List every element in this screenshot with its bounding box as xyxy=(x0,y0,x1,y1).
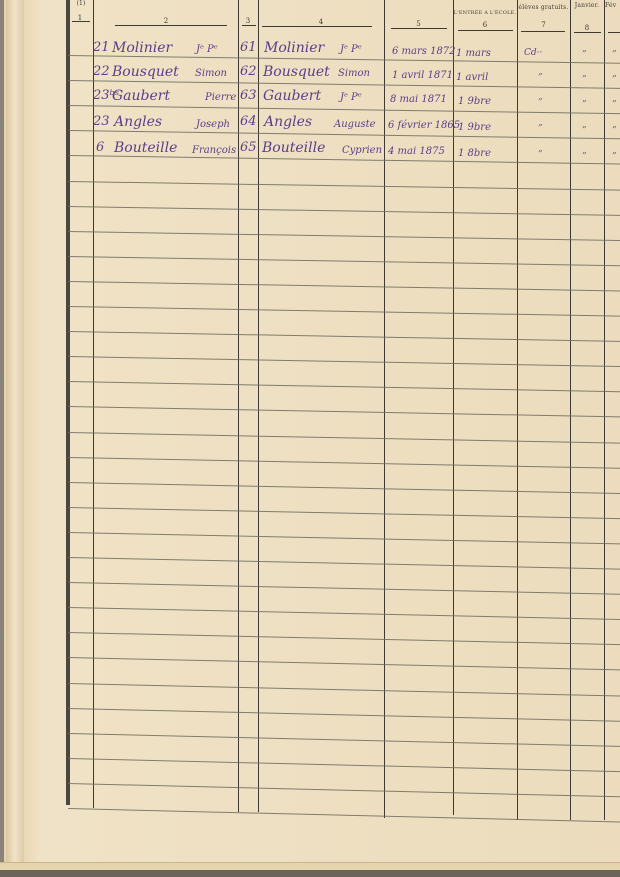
column-number-rule xyxy=(242,25,256,26)
fevrier-mark: ” xyxy=(612,75,617,85)
birth-date: 4 mai 1875 xyxy=(388,146,445,157)
column-number-3: 3 xyxy=(238,17,258,25)
entry-date: 1 9bre xyxy=(458,96,491,107)
ruled-line xyxy=(68,632,620,645)
birth-date: 8 mai 1871 xyxy=(390,94,447,105)
column-number-rule xyxy=(521,31,565,32)
parent-number: 64 xyxy=(240,114,257,129)
pupil-firstname: Simon xyxy=(195,68,227,79)
ruled-line xyxy=(68,607,620,620)
parent-firstname: Jᵉ Pᵉ xyxy=(340,92,362,103)
janvier-mark: ” xyxy=(582,152,587,162)
page-fold xyxy=(6,0,24,877)
ruled-line xyxy=(68,808,620,823)
parent-number: 63 xyxy=(240,88,257,103)
parent-firstname: Simon xyxy=(338,68,370,79)
column-number-2: 2 xyxy=(94,17,238,25)
col9-header-label: Fév xyxy=(605,2,620,9)
entry-date: 1 mars xyxy=(456,48,491,59)
ruled-line xyxy=(68,181,620,191)
parent-firstname: Cyprien xyxy=(342,145,382,156)
pupil-firstname: Joseph xyxy=(196,119,230,130)
janvier-mark: ” xyxy=(582,126,587,136)
ruled-line xyxy=(68,783,620,797)
gratuit-mark: Cd·· xyxy=(524,48,542,58)
janvier-mark: ” xyxy=(582,100,587,110)
pupil-firstname: François xyxy=(192,145,236,156)
janvier-mark: ” xyxy=(582,50,587,60)
col1-top-label: (1) xyxy=(70,0,92,7)
ruled-line xyxy=(68,733,620,747)
gratuit-mark: ” xyxy=(538,124,543,134)
ruled-line xyxy=(68,381,620,392)
pupil-surname: Bouteille xyxy=(114,140,177,156)
column-number-5: 5 xyxy=(384,20,453,28)
ruled-line xyxy=(68,582,620,595)
column-number-rule xyxy=(115,25,227,26)
ruled-line xyxy=(68,457,620,469)
ruled-line xyxy=(68,557,620,570)
gratuit-mark: ” xyxy=(538,150,543,160)
ruled-line xyxy=(68,532,620,545)
fevrier-mark: ” xyxy=(612,100,617,110)
column-rule-7 xyxy=(570,0,571,820)
column-number-rule xyxy=(574,32,601,33)
fevrier-mark: ” xyxy=(612,50,617,60)
page-edge-shadow xyxy=(0,0,4,877)
janvier-mark: ” xyxy=(582,75,587,85)
ruled-line xyxy=(68,507,620,519)
column-number-rule xyxy=(608,32,620,33)
column-rule-8 xyxy=(604,0,605,820)
birth-date: 6 mars 1872 xyxy=(392,46,456,57)
entry-date: 1 8bre xyxy=(458,148,491,159)
pupil-surname: Molinier xyxy=(112,40,172,56)
pupil-surname: Gaubert xyxy=(112,88,170,104)
ruled-line xyxy=(68,758,620,772)
parent-number: 62 xyxy=(240,64,257,79)
bottom-shadow xyxy=(0,870,620,877)
parent-surname: Angles xyxy=(264,114,312,130)
column-number-7: 7 xyxy=(517,21,570,29)
ruled-line xyxy=(68,482,620,494)
entry-date: 1 9bre xyxy=(458,122,491,133)
col7-header-label: élèves gratuits. xyxy=(517,4,570,11)
ruled-line xyxy=(68,306,620,317)
register-page: (1) L'ENTRÉE A L'ÉCOLE. élèves gratuits.… xyxy=(0,0,620,877)
entry-number: 23 xyxy=(93,114,110,129)
ruled-line xyxy=(68,281,620,292)
pupil-surname: Bousquet xyxy=(112,64,179,80)
ruled-line xyxy=(68,432,620,444)
ruled-line xyxy=(68,206,620,216)
parent-firstname: Auguste xyxy=(334,119,376,130)
pupil-firstname: Jᵉ Pᵉ xyxy=(196,44,218,55)
column-number-rule xyxy=(72,21,90,22)
ruled-line xyxy=(68,406,620,418)
ruled-line xyxy=(68,708,620,722)
col8-header-label: Janvier. xyxy=(570,2,604,9)
entry-number: 6 xyxy=(96,140,104,155)
column-rule-3 xyxy=(258,0,259,812)
parent-number: 61 xyxy=(240,40,257,55)
parent-surname: Molinier xyxy=(264,40,324,56)
parent-surname: Bousquet xyxy=(263,64,330,80)
pupil-firstname: Pierre xyxy=(205,92,236,103)
gratuit-mark: ” xyxy=(538,98,543,108)
column-number-rule xyxy=(262,26,372,27)
column-number-4: 4 xyxy=(258,18,384,26)
ruled-line xyxy=(68,331,620,342)
gratuit-mark: ” xyxy=(538,73,543,83)
parent-number: 65 xyxy=(240,140,257,155)
pupil-surname: Angles xyxy=(114,114,162,130)
parent-firstname: Jᵉ Pᵉ xyxy=(340,44,362,55)
column-rule-2 xyxy=(238,0,239,812)
ruled-line xyxy=(68,256,620,266)
parent-surname: Bouteille xyxy=(262,140,325,156)
left-margin-rule xyxy=(66,0,70,805)
entry-number: 21 xyxy=(93,40,110,55)
column-number-rule xyxy=(391,28,447,29)
column-number-rule xyxy=(458,30,513,31)
col6-header-label: L'ENTRÉE A L'ÉCOLE. xyxy=(453,10,517,16)
fevrier-mark: ” xyxy=(612,126,617,136)
column-rule-6 xyxy=(517,0,518,820)
ruled-line xyxy=(68,231,620,241)
entry-number: 22 xyxy=(93,64,110,79)
column-number-6: 6 xyxy=(453,21,517,29)
column-number-8: 8 xyxy=(570,24,604,32)
ruled-line xyxy=(68,356,620,367)
birth-date: 1 avril 1871 xyxy=(392,70,453,81)
ruled-line xyxy=(68,657,620,671)
entry-date: 1 avril xyxy=(456,72,488,83)
ruled-line xyxy=(68,683,620,697)
birth-date: 6 février 1865 xyxy=(388,120,460,131)
fevrier-mark: ” xyxy=(612,152,617,162)
column-rule-4 xyxy=(384,0,385,818)
parent-surname: Gaubert xyxy=(263,88,321,104)
